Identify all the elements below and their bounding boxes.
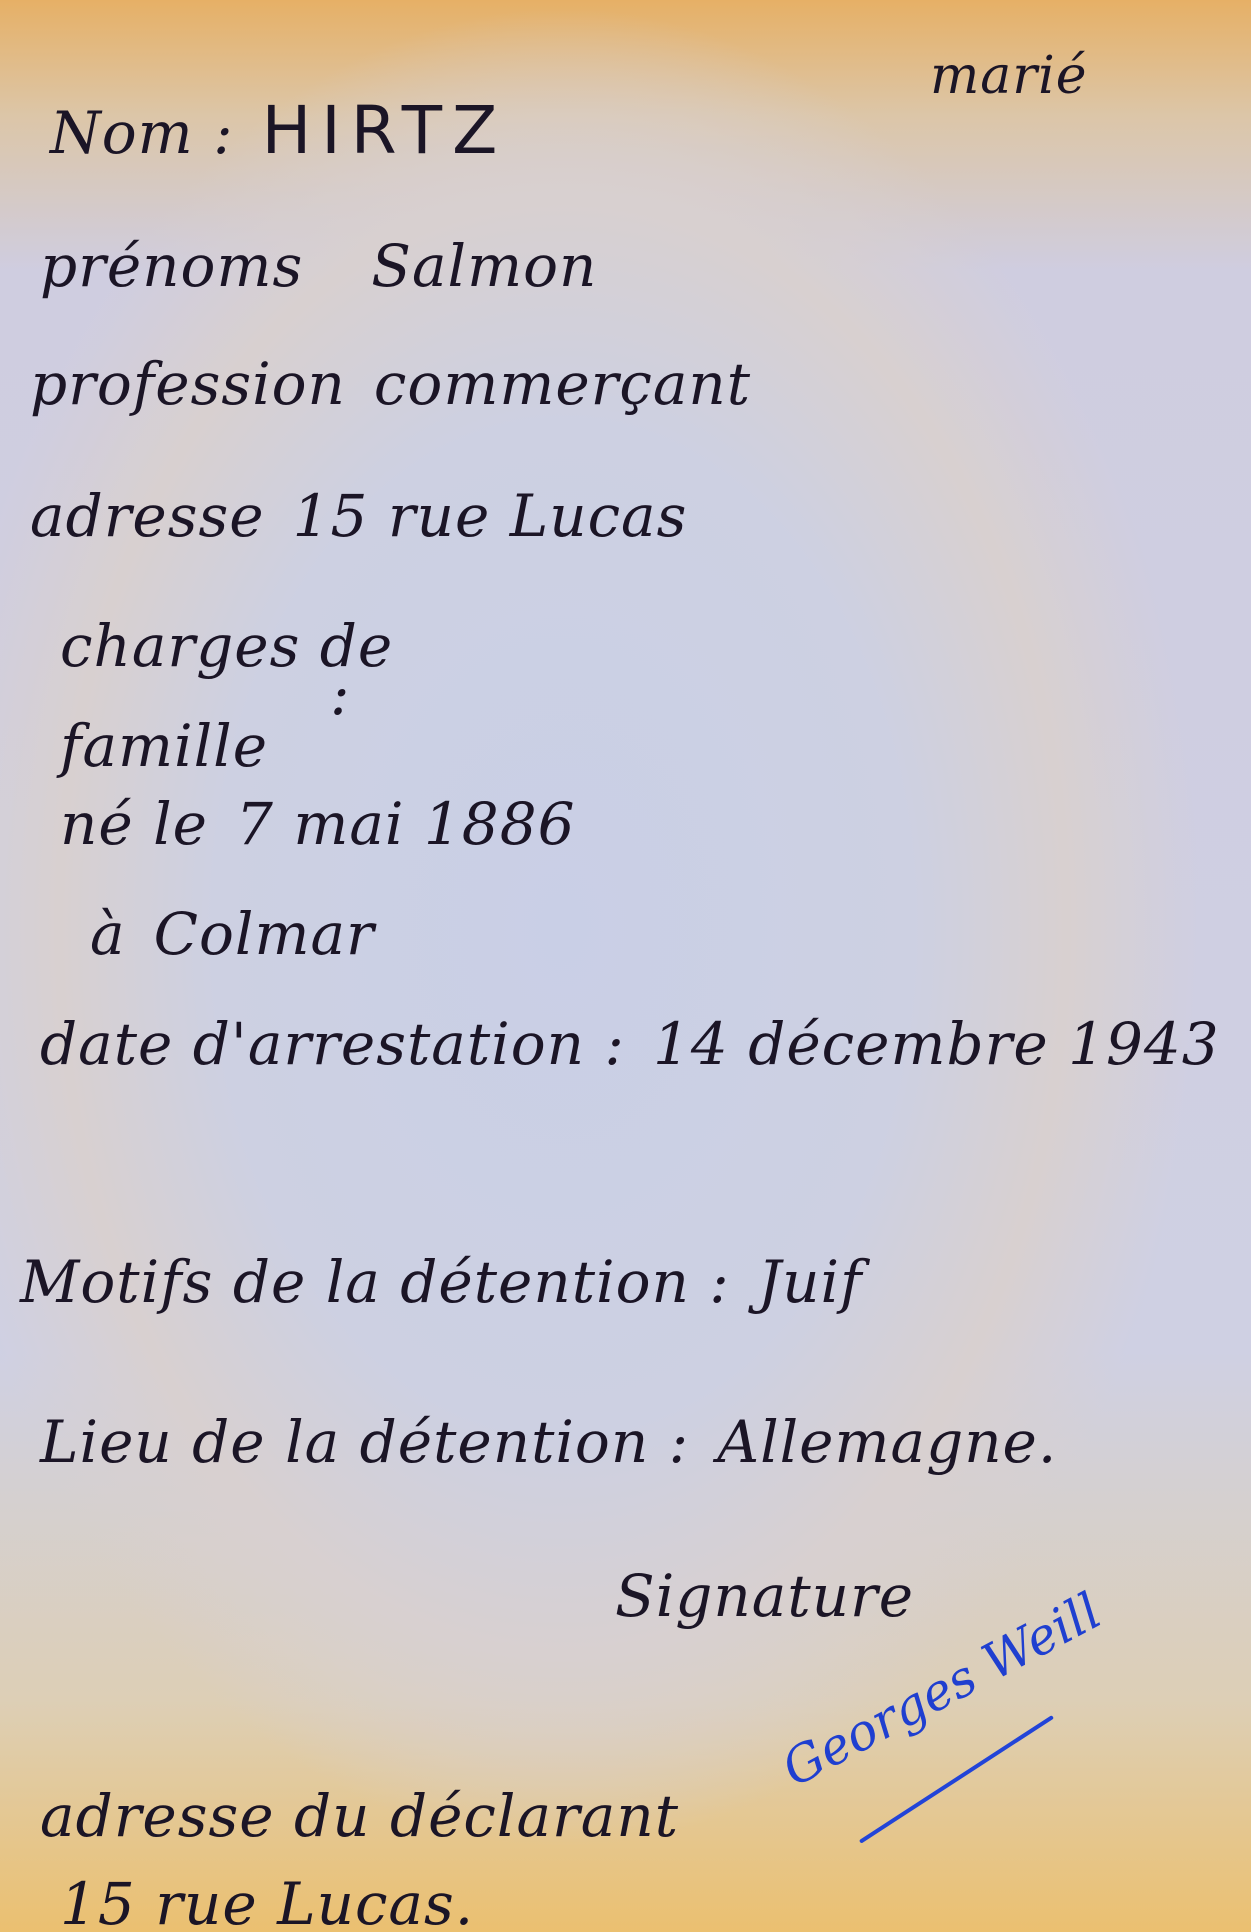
nom-value: HIRTZ (262, 92, 508, 169)
field-nom: Nom :HIRTZ (50, 92, 507, 169)
motifs-detention-label: Motifs de la détention : (20, 1248, 730, 1316)
profession-label: profession (30, 350, 346, 418)
signature-label: Signature (615, 1562, 914, 1630)
motifs-detention-value: Juif (758, 1248, 863, 1316)
naissance-date-value: 7 mai 1886 (236, 790, 576, 858)
adresse-declarant-label: adresse du déclarant (40, 1782, 679, 1850)
field-adresse-declarant: adresse du déclarant (40, 1782, 679, 1850)
prenoms-label: prénoms (40, 232, 303, 300)
field-motifs-detention: Motifs de la détention :Juif (20, 1248, 862, 1316)
charges-famille-label-2: famille (60, 712, 268, 780)
field-profession: professioncommerçant (30, 350, 751, 418)
charges-famille-separator: : (330, 660, 351, 728)
naissance-date-label: né le (60, 790, 208, 858)
field-adresse-declarant-value: 15 rue Lucas. (60, 1870, 474, 1932)
field-date-arrestation: date d'arrestation :14 décembre 1943 (40, 1010, 1220, 1078)
profession-value: commerçant (374, 350, 751, 418)
adresse-declarant-value: 15 rue Lucas. (60, 1870, 474, 1932)
field-naissance-lieu: àColmar (90, 900, 375, 968)
field-adresse: adresse15 rue Lucas (30, 482, 687, 550)
field-prenoms: prénomsSalmon (40, 232, 597, 300)
date-arrestation-value: 14 décembre 1943 (653, 1010, 1220, 1078)
naissance-lieu-label: à (90, 900, 126, 968)
document-page: Nom :HIRTZ marié prénomsSalmon professio… (0, 0, 1251, 1932)
field-naissance-date: né le7 mai 1886 (60, 790, 576, 858)
nom-label: Nom : (50, 99, 234, 167)
lieu-detention-value: Allemagne. (717, 1408, 1057, 1476)
field-etat-civil: marié (930, 46, 1088, 106)
field-lieu-detention: Lieu de la détention :Allemagne. (40, 1408, 1057, 1476)
date-arrestation-label: date d'arrestation : (40, 1010, 625, 1078)
etat-civil-value: marié (930, 46, 1088, 106)
field-charges-famille-line2: famille (60, 712, 268, 780)
lieu-detention-label: Lieu de la détention : (40, 1408, 689, 1476)
naissance-lieu-value: Colmar (154, 900, 375, 968)
adresse-label: adresse (30, 482, 265, 550)
prenoms-value: Salmon (371, 232, 597, 300)
adresse-value: 15 rue Lucas (293, 482, 688, 550)
